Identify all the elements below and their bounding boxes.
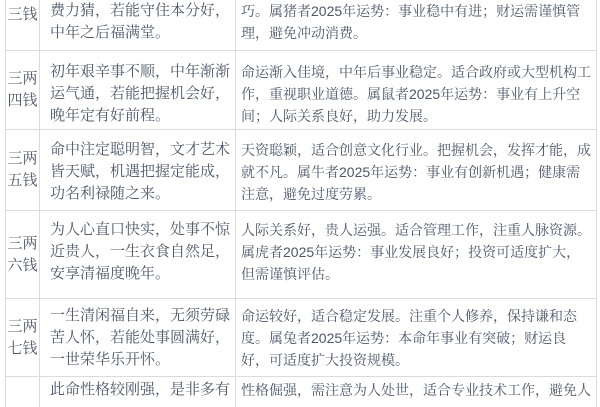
interpretation-cell: 巧。属猪者2025年运势：事业稳中有进；财运需谨慎管 理，避免冲动消费。 — [236, 0, 596, 50]
weight-label: 三两 四钱 — [7, 68, 37, 112]
verse-line: 近贵人，一生衣食自然足， — [50, 241, 235, 263]
verse-line: 命中注定聪明智，文才艺术 — [50, 139, 235, 161]
table-row: 三两 七钱 一生清闲福自来，无须劳碌 苦人怀，若能处事圆满好， 一世荣华乐开怀。… — [6, 299, 596, 377]
weight-cell: 三两 四钱 — [6, 51, 40, 129]
table-row: 三两 六钱 为人心直口快实，处事不惊 近贵人，一生衣食自然足， 安享清福度晚年。… — [6, 211, 596, 299]
weight-line: 三两 — [7, 316, 37, 338]
weight-cell: 三两 七钱 — [6, 299, 40, 376]
interpretation-line: 人际关系好，贵人运强。适合管理工作，注重人脉资源。 — [241, 219, 596, 241]
verse-cell: 费力猜，若能守住本分好， 中年之后福满堂。 — [40, 0, 236, 50]
weight-cell — [6, 377, 40, 400]
interpretation-cell: 人际关系好，贵人运强。适合管理工作，注重人脉资源。 属虎者2025年运势：事业发… — [236, 211, 596, 298]
interpretation-cell: 命运渐入佳境，中年后事业稳定。适合政府或大型机构工 作，重视职业道德。属鼠者20… — [236, 51, 596, 129]
interpretation-line: 命运渐入佳境，中年后事业稳定。适合政府或大型机构工 — [241, 61, 596, 83]
interpretation-line: 作，重视职业道德。属鼠者2025年运势：事业有上升空 — [241, 83, 596, 105]
interpretation-line: 天资聪颖，适合创意文化行业。把握机会，发挥才能，成 — [241, 139, 596, 161]
weight-line: 三钱 — [7, 4, 37, 26]
verse-line: 中年之后福满堂。 — [50, 22, 235, 44]
interpretation-line: 度。属兔者2025年运势：本命年事业有突破；财运良 — [241, 327, 596, 349]
weight-cell: 三两 六钱 — [6, 211, 40, 298]
weight-label: 三两 六钱 — [7, 233, 37, 277]
weight-line: 四钱 — [7, 90, 37, 112]
verse-line: 为人心直口快实，处事不惊 — [50, 219, 235, 241]
interpretation-line: 命运较好，适合稳定发展。注重个人修养，保持谦和态 — [241, 305, 596, 327]
interpretation-line: 间；人际关系良好，助力发展。 — [241, 105, 596, 127]
table-row: 此命性格较刚强，是非多有 性格倔强，需注意为人处世，适合专业技术工作，避免人 — [6, 377, 596, 400]
interpretation-line: 性格倔强，需注意为人处世，适合专业技术工作，避免人 — [241, 379, 596, 400]
verse-line: 此命性格较刚强，是非多有 — [50, 379, 235, 400]
verse-line: 一世荣华乐开怀。 — [50, 349, 235, 371]
interpretation-line: 注意，避免过度劳累。 — [241, 183, 596, 205]
verse-line: 功名利禄随之来。 — [50, 183, 235, 205]
interpretation-line: 理，避免冲动消费。 — [241, 22, 596, 44]
weight-line: 七钱 — [7, 338, 37, 360]
interpretation-line: 好，可适度扩大投资规模。 — [241, 349, 596, 371]
fortune-table: 三两 三钱 费力猜，若能守住本分好， 中年之后福满堂。 巧。属猪者2025年运势… — [5, 0, 597, 400]
verse-cell: 命中注定聪明智，文才艺术 皆天赋，机遇把握定能成， 功名利禄随之来。 — [40, 130, 236, 210]
interpretation-line: 就不凡。属牛者2025年运势：事业有创新机遇；健康需 — [241, 161, 596, 183]
weight-label: 三两 七钱 — [7, 316, 37, 360]
interpretation-cell: 命运较好，适合稳定发展。注重个人修养，保持谦和态 度。属兔者2025年运势：本命… — [236, 299, 596, 376]
verse-cell: 此命性格较刚强，是非多有 — [40, 377, 236, 400]
verse-line: 费力猜，若能守住本分好， — [50, 0, 235, 22]
verse-line: 晚年定有好前程。 — [50, 105, 235, 127]
verse-line: 初年艰辛事不顺，中年渐渐 — [50, 61, 235, 83]
interpretation-cell: 性格倔强，需注意为人处世，适合专业技术工作，避免人 — [236, 377, 596, 400]
table-row: 三两 四钱 初年艰辛事不顺，中年渐渐 运气通，若能把握机会好， 晚年定有好前程。… — [6, 51, 596, 130]
verse-line: 苦人怀，若能处事圆满好， — [50, 327, 235, 349]
weight-cell: 三两 三钱 — [6, 0, 40, 50]
weight-line: 三两 — [7, 68, 37, 90]
page: { "colors": { "text": "#4c5768", "border… — [0, 0, 600, 400]
verse-cell: 初年艰辛事不顺，中年渐渐 运气通，若能把握机会好， 晚年定有好前程。 — [40, 51, 236, 129]
verse-cell: 为人心直口快实，处事不惊 近贵人，一生衣食自然足， 安享清福度晚年。 — [40, 211, 236, 298]
table-row: 三两 五钱 命中注定聪明智，文才艺术 皆天赋，机遇把握定能成， 功名利禄随之来。… — [6, 130, 596, 211]
weight-line: 六钱 — [7, 255, 37, 277]
verse-cell: 一生清闲福自来，无须劳碌 苦人怀，若能处事圆满好， 一世荣华乐开怀。 — [40, 299, 236, 376]
verse-line: 安享清福度晚年。 — [50, 263, 235, 285]
interpretation-line: 巧。属猪者2025年运势：事业稳中有进；财运需谨慎管 — [241, 0, 596, 22]
verse-line: 皆天赋，机遇把握定能成， — [50, 161, 235, 183]
weight-line: 三两 — [7, 233, 37, 255]
weight-line: 三两 — [7, 148, 37, 170]
interpretation-line: 属虎者2025年运势：事业发展良好；投资可适度扩大， — [241, 241, 596, 263]
verse-line: 一生清闲福自来，无须劳碌 — [50, 305, 235, 327]
interpretation-line: 但需谨慎评估。 — [241, 263, 596, 285]
interpretation-cell: 天资聪颖，适合创意文化行业。把握机会，发挥才能，成 就不凡。属牛者2025年运势… — [236, 130, 596, 210]
weight-line: 五钱 — [7, 170, 37, 192]
verse-line: 运气通，若能把握机会好， — [50, 83, 235, 105]
table-row: 三两 三钱 费力猜，若能守住本分好， 中年之后福满堂。 巧。属猪者2025年运势… — [6, 0, 596, 51]
weight-cell: 三两 五钱 — [6, 130, 40, 210]
weight-label: 三两 三钱 — [7, 0, 37, 26]
weight-label: 三两 五钱 — [7, 148, 37, 192]
